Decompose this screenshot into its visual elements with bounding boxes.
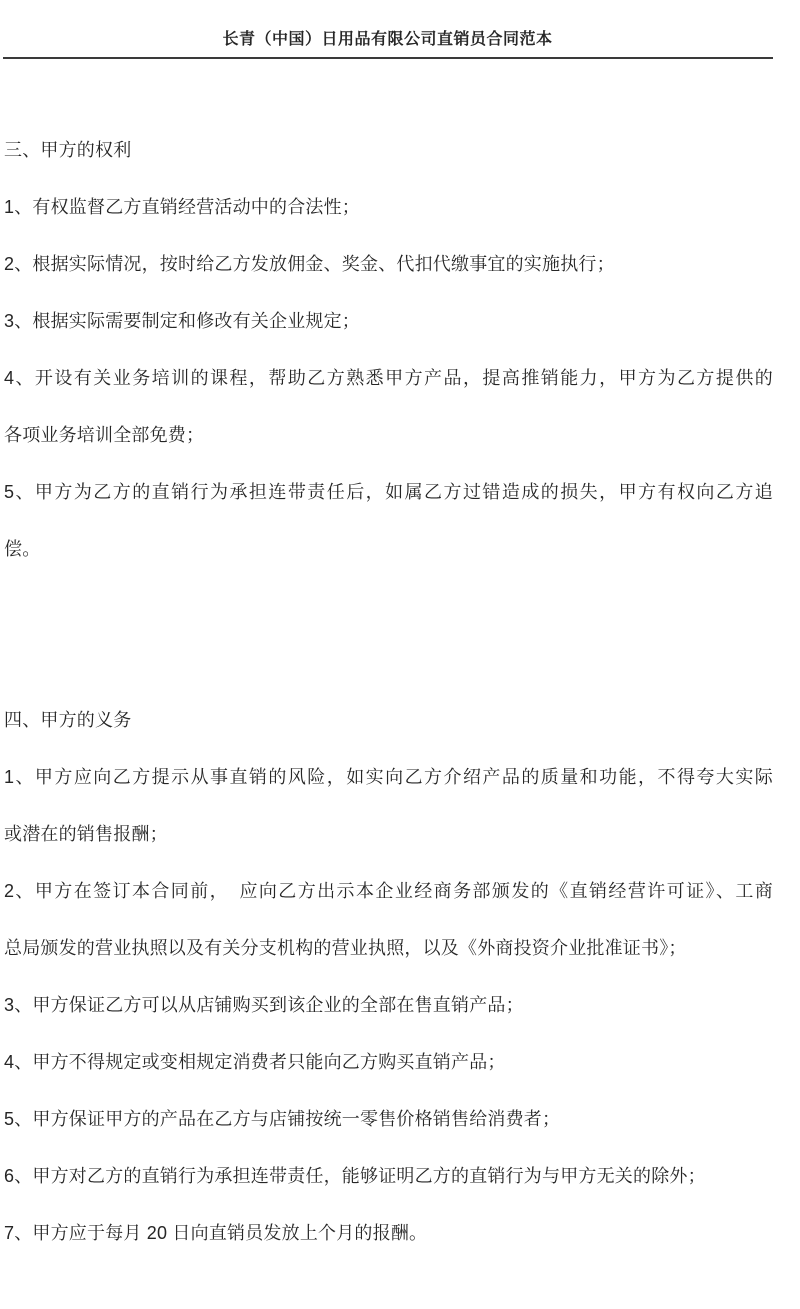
section-4-item-1-line-1: 1、甲方应向乙方提示从事直销的风险，如实向乙方介绍产品的质量和功能，不得夸大实际 — [4, 749, 773, 806]
section-4-heading: 四、甲方的义务 — [4, 692, 773, 749]
section-3-item-5-line-1: 5、甲方为乙方的直销行为承担连带责任后，如属乙方过错造成的损失，甲方有权向乙方追 — [4, 464, 773, 521]
section-3-item-4-line-2: 各项业务培训全部免费； — [4, 407, 773, 464]
section-4-item-2-line-2: 总局颁发的营业执照以及有关分支机构的营业执照，以及《外商投资介业批准证书》； — [4, 920, 773, 977]
blank-line — [4, 578, 773, 635]
section-3-item-4-line-1: 4、开设有关业务培训的课程，帮助乙方熟悉甲方产品，提高推销能力，甲方为乙方提供的 — [4, 350, 773, 407]
document-body: 三、甲方的权利 1、有权监督乙方直销经营活动中的合法性； 2、根据实际情况，按时… — [4, 122, 773, 1262]
section-4-item-2-line-1: 2、甲方在签订本合同前， 应向乙方出示本企业经商务部颁发的《直销经营许可证》、工… — [4, 863, 773, 920]
document-title: 长青（中国）日用品有限公司直销员合同范本 — [0, 30, 775, 50]
section-4-item-3: 3、甲方保证乙方可以从店铺购买到该企业的全部在售直销产品； — [4, 977, 773, 1034]
section-3-item-5-line-2: 偿。 — [4, 521, 773, 578]
document-page: 长青（中国）日用品有限公司直销员合同范本 三、甲方的权利 1、有权监督乙方直销经… — [0, 0, 800, 1309]
section-4-item-1-line-2: 或潜在的销售报酬； — [4, 806, 773, 863]
section-4-item-7: 7、甲方应于每月 20 日向直销员发放上个月的报酬。 — [4, 1205, 773, 1262]
section-3-item-1: 1、有权监督乙方直销经营活动中的合法性； — [4, 179, 773, 236]
header-divider — [3, 57, 773, 59]
section-3-item-2: 2、根据实际情况，按时给乙方发放佣金、奖金、代扣代缴事宜的实施执行； — [4, 236, 773, 293]
blank-line — [4, 635, 773, 692]
section-4-item-5: 5、甲方保证甲方的产品在乙方与店铺按统一零售价格销售给消费者； — [4, 1091, 773, 1148]
section-3-item-3: 3、根据实际需要制定和修改有关企业规定； — [4, 293, 773, 350]
section-4-item-4: 4、甲方不得规定或变相规定消费者只能向乙方购买直销产品； — [4, 1034, 773, 1091]
section-4-item-6: 6、甲方对乙方的直销行为承担连带责任，能够证明乙方的直销行为与甲方无关的除外； — [4, 1148, 773, 1205]
section-3-heading: 三、甲方的权利 — [4, 122, 773, 179]
